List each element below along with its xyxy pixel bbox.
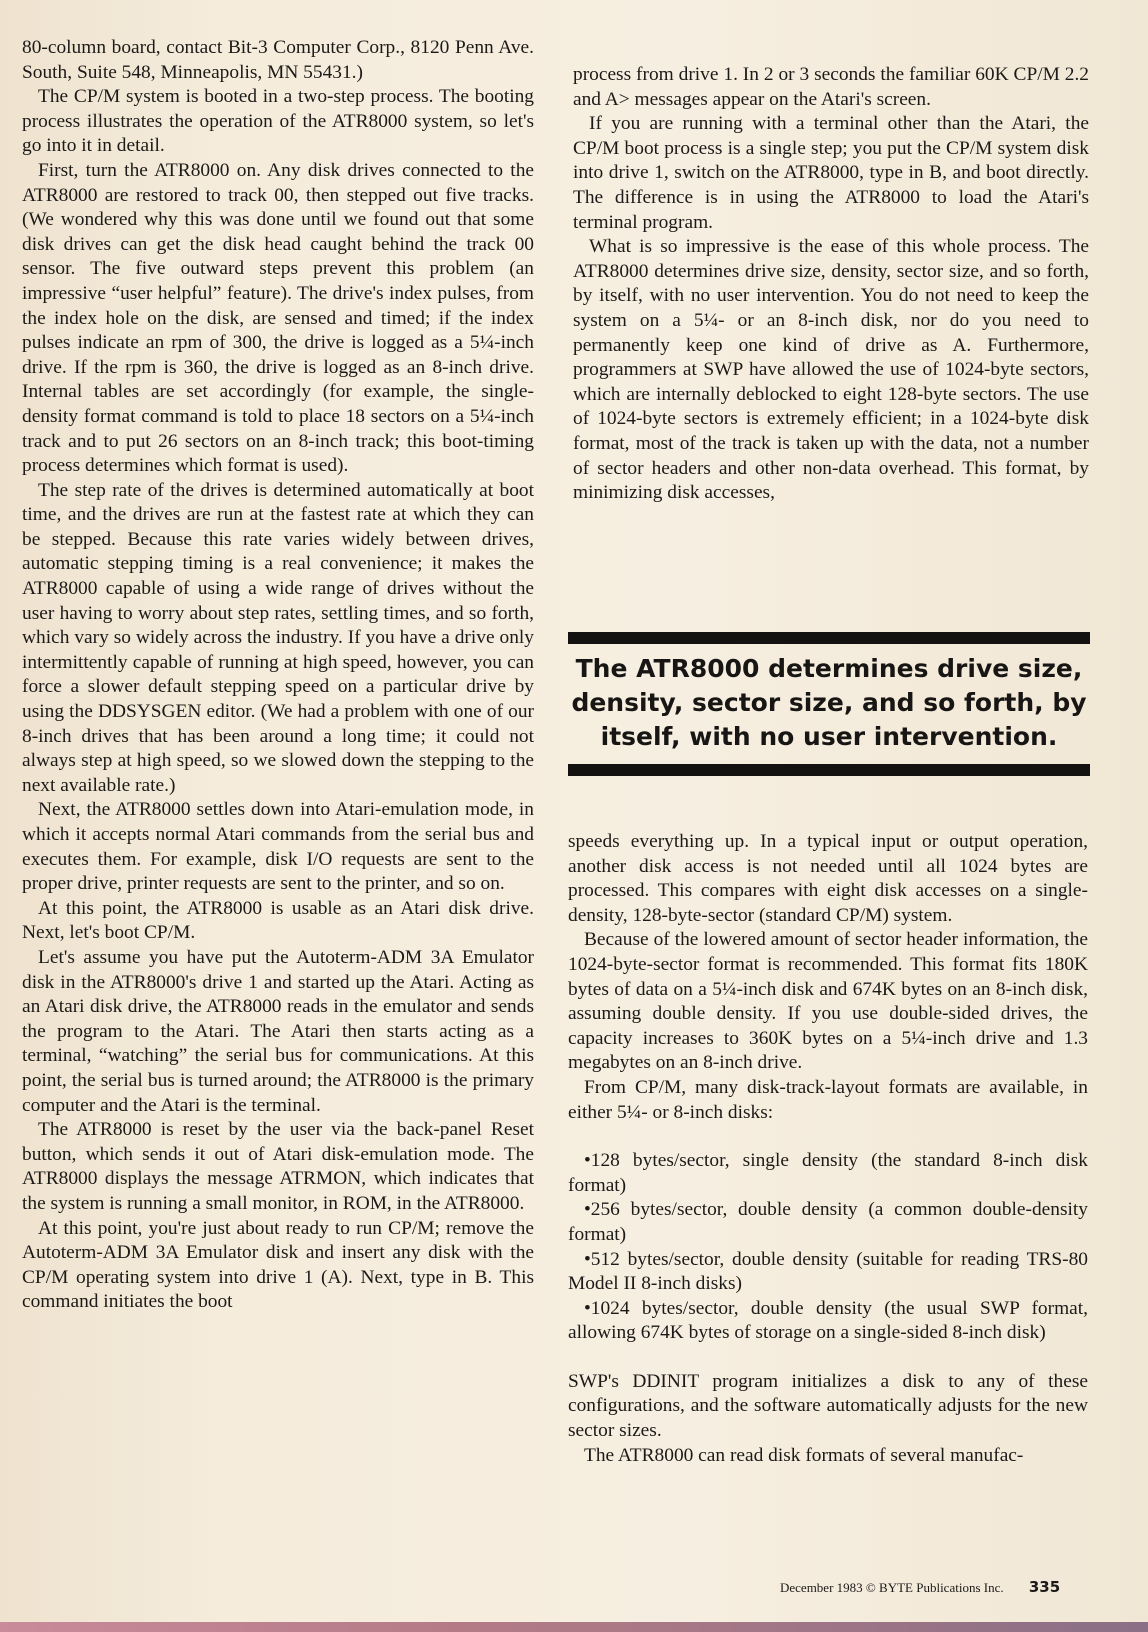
right-column-top: process from drive 1. In 2 or 3 seconds … <box>573 63 1089 506</box>
bullet-item: •512 bytes/sector, double density (suita… <box>568 1248 1088 1297</box>
paragraph: The ATR8000 is reset by the user via the… <box>22 1118 534 1216</box>
paragraph: If you are running with a terminal other… <box>573 112 1089 235</box>
paragraph: 80-column board, contact Bit-3 Computer … <box>22 36 534 85</box>
paragraph: SWP's DDINIT program initializes a disk … <box>568 1370 1088 1444</box>
right-column-bottom: speeds everything up. In a typical input… <box>568 830 1088 1468</box>
paragraph: process from drive 1. In 2 or 3 seconds … <box>573 63 1089 112</box>
page-number: 335 <box>1029 1578 1060 1596</box>
paragraph: speeds everything up. In a typical input… <box>568 830 1088 928</box>
paragraph: What is so impressive is the ease of thi… <box>573 235 1089 506</box>
paragraph: From CP/M, many disk-track-layout format… <box>568 1076 1088 1125</box>
paragraph: The CP/M system is booted in a two-step … <box>22 85 534 159</box>
paragraph: The step rate of the drives is determine… <box>22 479 534 799</box>
pull-quote-text: The ATR8000 determines drive size, densi… <box>568 644 1090 764</box>
footer-credit: December 1983 © BYTE Publications Inc. <box>780 1580 1004 1595</box>
magazine-page: 80-column board, contact Bit-3 Computer … <box>0 0 1148 1632</box>
paragraph: The ATR8000 can read disk formats of sev… <box>568 1444 1088 1469</box>
paragraph: Because of the lowered amount of sector … <box>568 928 1088 1076</box>
bullet-item: •1024 bytes/sector, double density (the … <box>568 1297 1088 1346</box>
pull-quote-bottom-rule <box>568 764 1090 776</box>
pull-quote: The ATR8000 determines drive size, densi… <box>568 632 1090 776</box>
page-edge-band <box>0 1622 1148 1632</box>
left-column: 80-column board, contact Bit-3 Computer … <box>22 36 534 1315</box>
paragraph: Let's assume you have put the Autoterm-A… <box>22 946 534 1118</box>
bullet-item: •128 bytes/sector, single density (the s… <box>568 1149 1088 1198</box>
paragraph: At this point, the ATR8000 is usable as … <box>22 897 534 946</box>
bullet-item: •256 bytes/sector, double density (a com… <box>568 1198 1088 1247</box>
page-footer: December 1983 © BYTE Publications Inc. 3… <box>780 1578 1060 1596</box>
paragraph: At this point, you're just about ready t… <box>22 1217 534 1315</box>
paragraph: Next, the ATR8000 settles down into Atar… <box>22 798 534 896</box>
pull-quote-top-rule <box>568 632 1090 644</box>
paragraph: First, turn the ATR8000 on. Any disk dri… <box>22 159 534 479</box>
